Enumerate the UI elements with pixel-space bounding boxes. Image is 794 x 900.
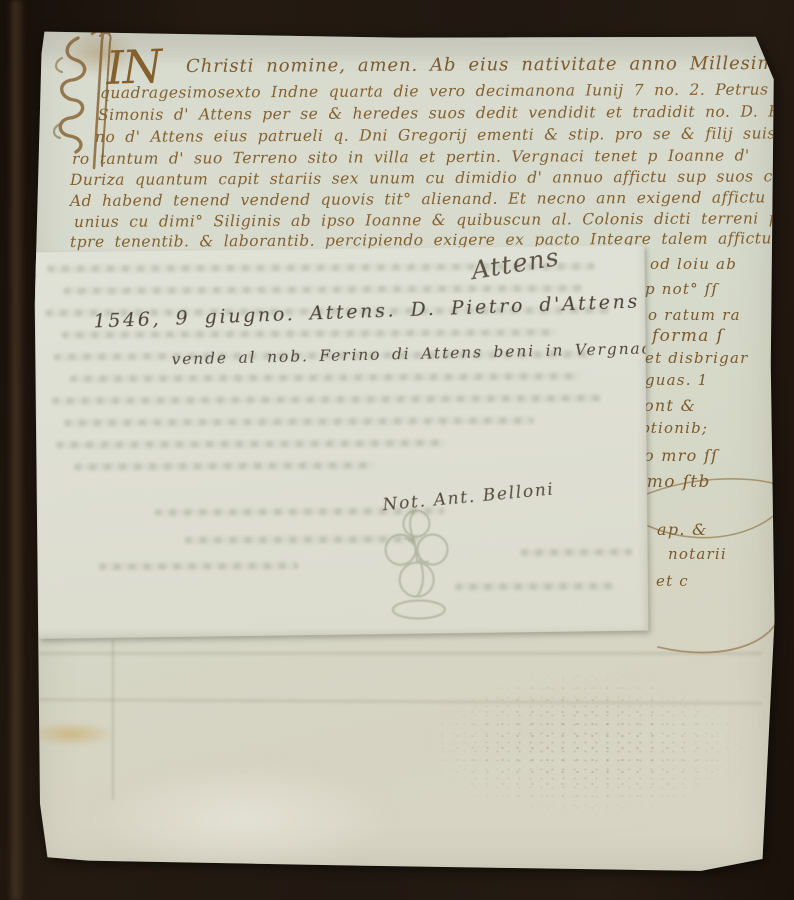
yellow-stain [28, 722, 114, 746]
text-fragment: et disbrigar [645, 349, 748, 367]
text-fragment: od loiu ab [650, 255, 737, 273]
archival-slip: Attens 1546, 9 giugno. Attens. D. Pietro… [33, 244, 649, 639]
text-fragment: ptionib; [640, 419, 708, 437]
ghost-line [99, 562, 299, 570]
parchment-wrap: IN Christi nomine, amen. Ab eius nativit… [28, 24, 776, 876]
ghost-line [521, 548, 633, 556]
parchment-sheet: IN Christi nomine, amen. Ab eius nativit… [28, 24, 776, 876]
notary-knot-icon [344, 497, 495, 628]
manuscript-line: ro tantum d' suo Terreno sito in villa e… [72, 148, 750, 167]
speckle-texture [420, 670, 750, 820]
manuscript-line: no d' Attens eius patrueli q. Dni Gregor… [95, 126, 794, 145]
ghost-line [56, 439, 446, 448]
pen-flourish: Attens [469, 242, 561, 285]
manuscript-line: unius cu dimi° Siliginis ab ipso Ioanne … [74, 211, 794, 230]
manuscript-line: Christi nomine, amen. Ab eius nativitate… [186, 54, 794, 76]
fold-crease [112, 640, 114, 800]
text-fragment: ont & [644, 396, 696, 415]
slip-text-line: vende al nob. Ferino di Attens beni in V… [171, 339, 680, 369]
text-fragment: o ratum ra [648, 306, 741, 324]
manuscript-line: quadragesimosexto Indne quarta die vero … [100, 82, 794, 101]
parchment-highlight [88, 764, 398, 874]
ghost-line [74, 462, 374, 471]
ghost-line [64, 417, 534, 426]
text-fragment: o mro ſſ [644, 446, 718, 465]
text-fragment: forma ſ [652, 326, 724, 346]
slip-wrap: Attens 1546, 9 giugno. Attens. D. Pietro… [33, 244, 649, 639]
ghost-line [70, 373, 580, 383]
pen-swash-icon [630, 470, 790, 550]
manuscript-line: Ad habend tenend vendend quovis tit° ali… [70, 190, 794, 210]
text-fragment: p not° ſſ [645, 280, 718, 298]
ghost-line [52, 395, 602, 405]
manuscript-line: Duriza quantum capit stariis sex unum cu… [70, 169, 794, 188]
pen-swash-icon [640, 585, 790, 675]
text-fragment: guas. 1 [645, 371, 708, 389]
manuscript-line: Simonis d' Attens per se & heredes suos … [98, 104, 794, 123]
photo-backdrop: IN Christi nomine, amen. Ab eius nativit… [0, 0, 794, 900]
ghost-line [63, 285, 583, 295]
binding-edge [8, 0, 24, 900]
